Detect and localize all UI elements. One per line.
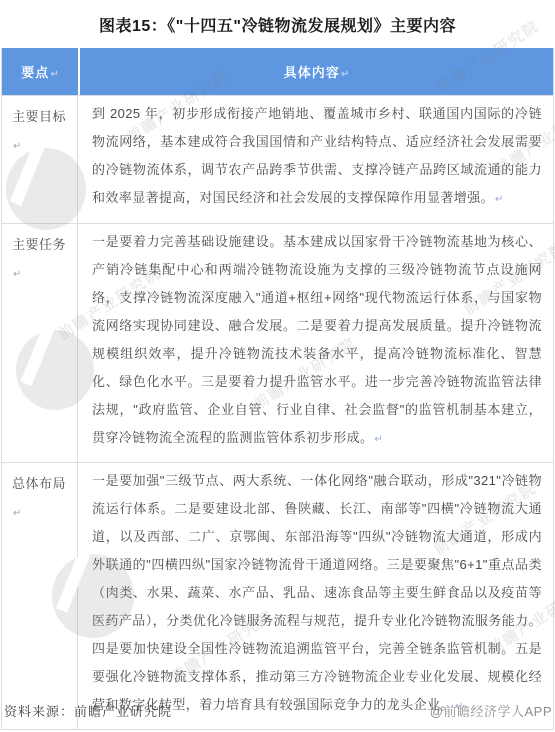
- row-content-cell: 到 2025 年，初步形成衔接产地销地、覆盖城市乡村、联通国内国际的冷链物流网络…: [78, 96, 553, 223]
- header-label-keypoint: 要点: [21, 65, 49, 80]
- content-table: 要点↵ 具体内容↵ 主要目标↵ 到 2025 年，初步形成衔接产地销地、覆盖城市…: [1, 48, 554, 730]
- header-cell-keypoint: 要点↵: [2, 48, 80, 95]
- header-label-detail: 具体内容: [284, 65, 340, 80]
- row-label-cell: 总体布局↵: [2, 463, 78, 729]
- return-mark-icon: ↵: [455, 701, 463, 712]
- row-label: 主要目标: [12, 109, 66, 124]
- row-content-cell: 一是要加强"三级节点、两大系统、一体化网络"融合联动，形成"321"冷链物流运行…: [78, 463, 553, 729]
- return-mark-icon: ↵: [13, 508, 21, 519]
- row-content-cell: 一是要着力完善基础设施建设。基本建成以国家骨干冷链物流基地为核心、产销冷链集配中…: [78, 224, 553, 462]
- page-title: 图表15：《"十四五"冷链物流发展规划》主要内容: [0, 0, 555, 46]
- table-row-main-goal: 主要目标↵ 到 2025 年，初步形成衔接产地销地、覆盖城市乡村、联通国内国际的…: [2, 95, 553, 223]
- table-row-main-tasks: 主要任务↵ 一是要着力完善基础设施建设。基本建成以国家骨干冷链物流基地为核心、产…: [2, 223, 553, 462]
- row-label: 总体布局: [12, 476, 66, 491]
- return-mark-icon: ↵: [50, 69, 58, 80]
- row-content: 到 2025 年，初步形成衔接产地销地、覆盖城市乡村、联通国内国际的冷链物流网络…: [92, 106, 542, 205]
- table-row-overall-layout: 总体布局↵ 一是要加强"三级节点、两大系统、一体化网络"融合联动，形成"321"…: [2, 462, 553, 729]
- row-label: 主要任务: [12, 237, 66, 252]
- document-page: 图表15：《"十四五"冷链物流发展规划》主要内容 要点↵ 具体内容↵ 主要目标↵…: [0, 0, 555, 732]
- row-label-cell: 主要任务↵: [2, 224, 78, 462]
- row-content: 一是要着力完善基础设施建设。基本建成以国家骨干冷链物流基地为核心、产销冷链集配中…: [92, 234, 542, 445]
- row-label-cell: 主要目标↵: [2, 96, 78, 223]
- return-mark-icon: ↵: [13, 141, 21, 152]
- return-mark-icon: ↵: [495, 194, 503, 205]
- return-mark-icon: ↵: [13, 269, 21, 280]
- table-header-row: 要点↵ 具体内容↵: [2, 48, 553, 95]
- header-cell-detail: 具体内容↵: [80, 62, 553, 81]
- return-mark-icon: ↵: [341, 69, 349, 80]
- return-mark-icon: ↵: [374, 434, 382, 445]
- row-content: 一是要加强"三级节点、两大系统、一体化网络"融合联动，形成"321"冷链物流运行…: [92, 473, 542, 712]
